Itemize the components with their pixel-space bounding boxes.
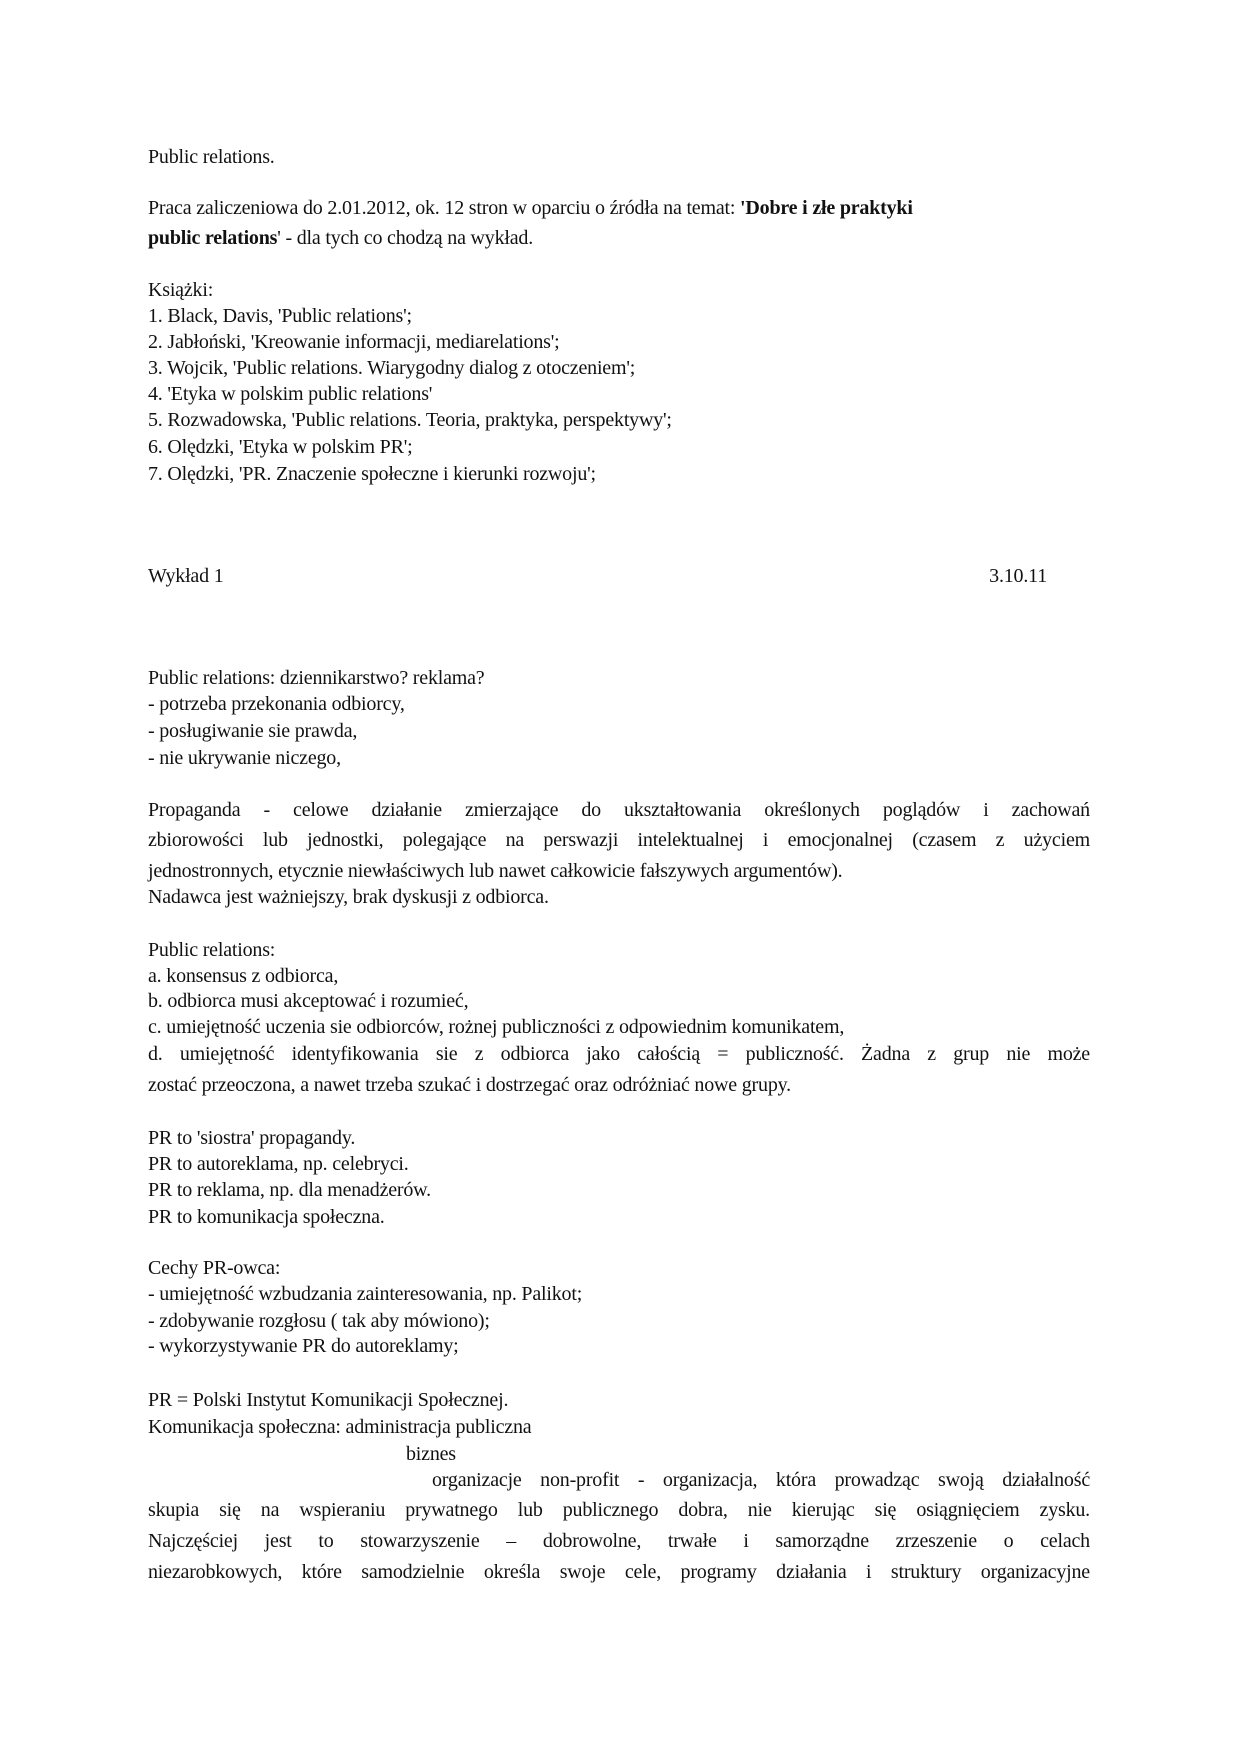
pr-person-item: - umiejętność wzbudzania zainteresowania…	[148, 1282, 1090, 1306]
assignment-line-2: public relations' - dla tych co chodzą n…	[148, 226, 1090, 250]
pr-features-item: zostać przeoczona, a nawet trzeba szukać…	[148, 1073, 1090, 1097]
social-comm-line: biznes	[406, 1442, 1090, 1466]
lecture-header: Wykład 1 3.10.11	[148, 564, 1090, 588]
social-comm-line: PR = Polski Instytut Komunikacji Społecz…	[148, 1388, 1090, 1412]
pr-person-heading: Cechy PR-owca:	[148, 1256, 1090, 1280]
pr-question-heading: Public relations: dziennikarstwo? reklam…	[148, 666, 1090, 690]
pr-question-item: - nie ukrywanie niczego,	[148, 746, 1090, 770]
document-title: Public relations.	[148, 145, 1090, 169]
assignment-note: ' - dla tych co chodzą na wykład.	[277, 227, 533, 249]
book-item: 4. 'Etyka w polskim public relations'	[148, 382, 1090, 406]
propaganda-line: Nadawca jest ważniejszy, brak dyskusji z…	[148, 885, 1090, 909]
book-item: 1. Black, Davis, 'Public relations';	[148, 304, 1090, 328]
pr-features-heading: Public relations:	[148, 938, 1090, 962]
pr-is-item: PR to reklama, np. dla menadżerów.	[148, 1178, 1090, 1202]
social-comm-line: Komunikacja społeczna: administracja pub…	[148, 1415, 1090, 1439]
propaganda-line: jednostronnych, etycznie niewłaściwych l…	[148, 859, 1090, 883]
pr-question-item: - potrzeba przekonania odbiorcy,	[148, 692, 1090, 716]
assignment-topic-cont: public relations	[148, 227, 277, 249]
assignment-text: Praca zaliczeniowa do 2.01.2012, ok. 12 …	[148, 197, 740, 219]
pr-question-item: - posługiwanie sie prawda,	[148, 719, 1090, 743]
pr-features-item: b. odbiorca musi akceptować i rozumieć,	[148, 989, 1090, 1013]
social-comm-line: niezarobkowych, które samodzielnie okreś…	[148, 1560, 1090, 1584]
pr-is-item: PR to komunikacja społeczna.	[148, 1205, 1090, 1229]
propaganda-line: Propaganda - celowe działanie zmierzając…	[148, 798, 1090, 822]
pr-person-item: - zdobywanie rozgłosu ( tak aby mówiono)…	[148, 1309, 1090, 1333]
pr-features-item: a. konsensus z odbiorca,	[148, 964, 1090, 988]
pr-features-item: c. umiejętność uczenia sie odbiorców, ro…	[148, 1015, 1090, 1039]
propaganda-line: zbiorowości lub jednostki, polegające na…	[148, 828, 1090, 852]
document-page: Public relations. Praca zaliczeniowa do …	[0, 0, 1240, 1754]
book-item: 5. Rozwadowska, 'Public relations. Teori…	[148, 408, 1090, 432]
pr-features-item: d. umiejętność identyfikowania sie z odb…	[148, 1042, 1090, 1066]
book-item: 3. Wojcik, 'Public relations. Wiarygodny…	[148, 356, 1090, 380]
book-item: 6. Olędzki, 'Etyka w polskim PR';	[148, 435, 1090, 459]
social-comm-line: organizacje non-profit - organizacja, kt…	[432, 1468, 1090, 1492]
assignment-line-1: Praca zaliczeniowa do 2.01.2012, ok. 12 …	[148, 196, 1090, 220]
books-heading: Książki:	[148, 278, 1090, 302]
social-comm-line: Najczęściej jest to stowarzyszenie – dob…	[148, 1529, 1090, 1553]
pr-person-item: - wykorzystywanie PR do autoreklamy;	[148, 1334, 1090, 1358]
social-comm-line: skupia się na wspieraniu prywatnego lub …	[148, 1498, 1090, 1522]
lecture-date: 3.10.11	[989, 564, 1047, 588]
book-item: 7. Olędzki, 'PR. Znaczenie społeczne i k…	[148, 462, 1090, 486]
book-item: 2. Jabłoński, 'Kreowanie informacji, med…	[148, 330, 1090, 354]
pr-is-item: PR to 'siostra' propagandy.	[148, 1126, 1090, 1150]
pr-is-item: PR to autoreklama, np. celebryci.	[148, 1152, 1090, 1176]
lecture-label: Wykład 1	[148, 565, 224, 587]
assignment-topic: 'Dobre i złe praktyki	[740, 197, 913, 219]
